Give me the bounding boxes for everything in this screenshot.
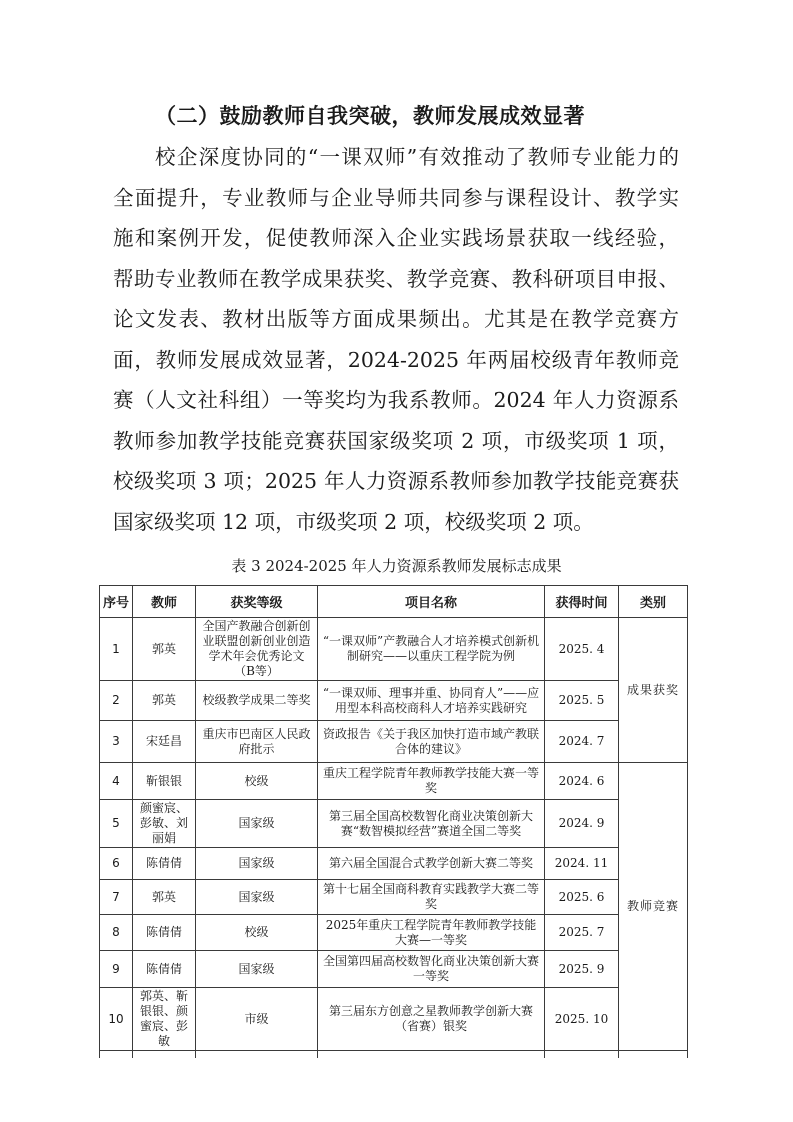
cell-teacher: 陈倩倩 (133, 848, 196, 880)
cell-index: 4 (100, 763, 133, 800)
column-header: 教师 (133, 586, 196, 618)
cell-teacher: 颜蜜宸、彭敏、刘丽娟 (133, 800, 196, 848)
cell-cutoff (545, 1051, 619, 1058)
table-row: 4靳银银校级重庆工程学院青年教师教学技能大赛一等奖2024. 6教师竞赛 (100, 763, 688, 800)
cell-teacher: 郭英 (133, 880, 196, 915)
cell-award-level: 市级 (196, 988, 318, 1051)
cell-index: 10 (100, 988, 133, 1051)
cell-award-level: 国家级 (196, 880, 318, 915)
cell-award-level: 校级 (196, 915, 318, 951)
table-row: 6陈倩倩国家级第六届全国混合式教学创新大赛二等奖2024. 11 (100, 848, 688, 880)
cell-award-time: 2024. 11 (545, 848, 619, 880)
table-caption: 表 3 2024-2025 年人力资源系教师发展标志成果 (0, 555, 793, 576)
table-row: 7郭英国家级第十七届全国商科教育实践教学大赛二等奖2025. 6 (100, 880, 688, 915)
cell-project-name: 第三届东方创意之星教师教学创新大赛（省赛）银奖 (318, 988, 545, 1051)
cell-award-level: 国家级 (196, 848, 318, 880)
cell-index: 3 (100, 721, 133, 763)
cell-award-level: 全国产教融合创新创业联盟创新创业创造学术年会优秀论文（B等） (196, 618, 318, 681)
cell-category: 成果获奖 (619, 618, 688, 763)
cell-cutoff (318, 1051, 545, 1058)
cell-award-time: 2025. 6 (545, 880, 619, 915)
column-header: 项目名称 (318, 586, 545, 618)
cell-project-name: “一课双师”产教融合人才培养模式创新机制研究——以重庆工程学院为例 (318, 618, 545, 681)
table-row: 3宋廷昌重庆市巴南区人民政府批示资政报告《关于我区加快打造市域产教联合体的建议》… (100, 721, 688, 763)
cell-index: 1 (100, 618, 133, 681)
paragraph-line: 教师参加教学技能竞赛获国家级奖项 2 项，市级奖项 1 项， (113, 421, 679, 462)
paragraph-line: 校企深度协同的“一课双师”有效推动了教师专业能力的 (113, 137, 679, 178)
section-heading: （二）鼓励教师自我突破，教师发展成效显著 (155, 100, 585, 130)
cell-award-level: 校级 (196, 763, 318, 800)
cell-project-name: “一课双师、理事并重、协同育人”——应用型本科高校商科人才培养实践研究 (318, 681, 545, 721)
cell-award-time: 2024. 6 (545, 763, 619, 800)
cell-teacher: 郭英、靳银银、颜蜜宸、彭敏 (133, 988, 196, 1051)
table-row: 10郭英、靳银银、颜蜜宸、彭敏市级第三届东方创意之星教师教学创新大赛（省赛）银奖… (100, 988, 688, 1051)
paragraph-line: 论文发表、教材出版等方面成果频出。尤其是在教学竞赛方 (113, 299, 679, 340)
table-header-row: 序号教师获奖等级项目名称获得时间类别 (100, 586, 688, 618)
cell-project-name: 第六届全国混合式教学创新大赛二等奖 (318, 848, 545, 880)
cell-teacher: 郭英 (133, 618, 196, 681)
cell-index: 5 (100, 800, 133, 848)
paragraph-line: 全面提升，专业教师与企业导师共同参与课程设计、教学实 (113, 178, 679, 219)
cell-teacher: 陈倩倩 (133, 915, 196, 951)
cell-award-time: 2025. 5 (545, 681, 619, 721)
paragraph-line: 面，教师发展成效显著，2024-2025 年两届校级青年教师竞 (113, 340, 679, 381)
column-header: 序号 (100, 586, 133, 618)
cell-teacher: 郭英 (133, 681, 196, 721)
cell-index: 7 (100, 880, 133, 915)
column-header: 类别 (619, 586, 688, 618)
cell-index: 9 (100, 951, 133, 988)
table-row: 8陈倩倩校级2025年重庆工程学院青年教师教学技能大赛—一等奖2025. 7 (100, 915, 688, 951)
paragraph-line: 帮助专业教师在教学成果获奖、教学竞赛、教科研项目申报、 (113, 259, 679, 300)
cell-project-name: 重庆工程学院青年教师教学技能大赛一等奖 (318, 763, 545, 800)
results-table: 序号教师获奖等级项目名称获得时间类别 1郭英全国产教融合创新创业联盟创新创业创造… (99, 585, 688, 1058)
cell-index: 2 (100, 681, 133, 721)
cell-cutoff (196, 1051, 318, 1058)
cell-project-name: 2025年重庆工程学院青年教师教学技能大赛—一等奖 (318, 915, 545, 951)
cell-award-level: 校级教学成果二等奖 (196, 681, 318, 721)
cell-category: 教师竞赛 (619, 763, 688, 1051)
paragraph-line: 校级奖项 3 项；2025 年人力资源系教师参加教学技能竞赛获 (113, 461, 679, 502)
cell-award-time: 2025. 9 (545, 951, 619, 988)
table-row: 2郭英校级教学成果二等奖“一课双师、理事并重、协同育人”——应用型本科高校商科人… (100, 681, 688, 721)
document-page: （二）鼓励教师自我突破，教师发展成效显著 校企深度协同的“一课双师”有效推动了教… (0, 0, 793, 1122)
cell-award-level: 重庆市巴南区人民政府批示 (196, 721, 318, 763)
paragraph-line: 国家级奖项 12 项，市级奖项 2 项，校级奖项 2 项。 (113, 502, 679, 543)
cell-award-time: 2024. 7 (545, 721, 619, 763)
cell-award-time: 2025. 4 (545, 618, 619, 681)
cell-project-name: 第三届全国高校数智化商业决策创新大赛“数智模拟经营”赛道全国二等奖 (318, 800, 545, 848)
cell-cutoff (100, 1051, 133, 1058)
paragraph-line: 施和案例开发，促使教师深入企业实践场景获取一线经验， (113, 218, 679, 259)
table-row: 5颜蜜宸、彭敏、刘丽娟国家级第三届全国高校数智化商业决策创新大赛“数智模拟经营”… (100, 800, 688, 848)
cell-cutoff (133, 1051, 196, 1058)
cell-teacher: 宋廷昌 (133, 721, 196, 763)
paragraph-line: 赛（人文社科组）一等奖均为我系教师。2024 年人力资源系 (113, 380, 679, 421)
cell-award-level: 国家级 (196, 800, 318, 848)
table-row: 9陈倩倩国家级全国第四届高校数智化商业决策创新大赛一等奖2025. 9 (100, 951, 688, 988)
cell-cutoff (619, 1051, 688, 1058)
cell-award-time: 2024. 9 (545, 800, 619, 848)
table-row-cutoff (100, 1051, 688, 1058)
body-paragraph: 校企深度协同的“一课双师”有效推动了教师专业能力的全面提升，专业教师与企业导师共… (113, 137, 679, 542)
cell-index: 6 (100, 848, 133, 880)
table-row: 1郭英全国产教融合创新创业联盟创新创业创造学术年会优秀论文（B等）“一课双师”产… (100, 618, 688, 681)
cell-index: 8 (100, 915, 133, 951)
column-header: 获奖等级 (196, 586, 318, 618)
cell-project-name: 全国第四届高校数智化商业决策创新大赛一等奖 (318, 951, 545, 988)
cell-teacher: 靳银银 (133, 763, 196, 800)
cell-teacher: 陈倩倩 (133, 951, 196, 988)
cell-award-level: 国家级 (196, 951, 318, 988)
cell-award-time: 2025. 10 (545, 988, 619, 1051)
cell-project-name: 第十七届全国商科教育实践教学大赛二等奖 (318, 880, 545, 915)
column-header: 获得时间 (545, 586, 619, 618)
cell-project-name: 资政报告《关于我区加快打造市域产教联合体的建议》 (318, 721, 545, 763)
cell-award-time: 2025. 7 (545, 915, 619, 951)
